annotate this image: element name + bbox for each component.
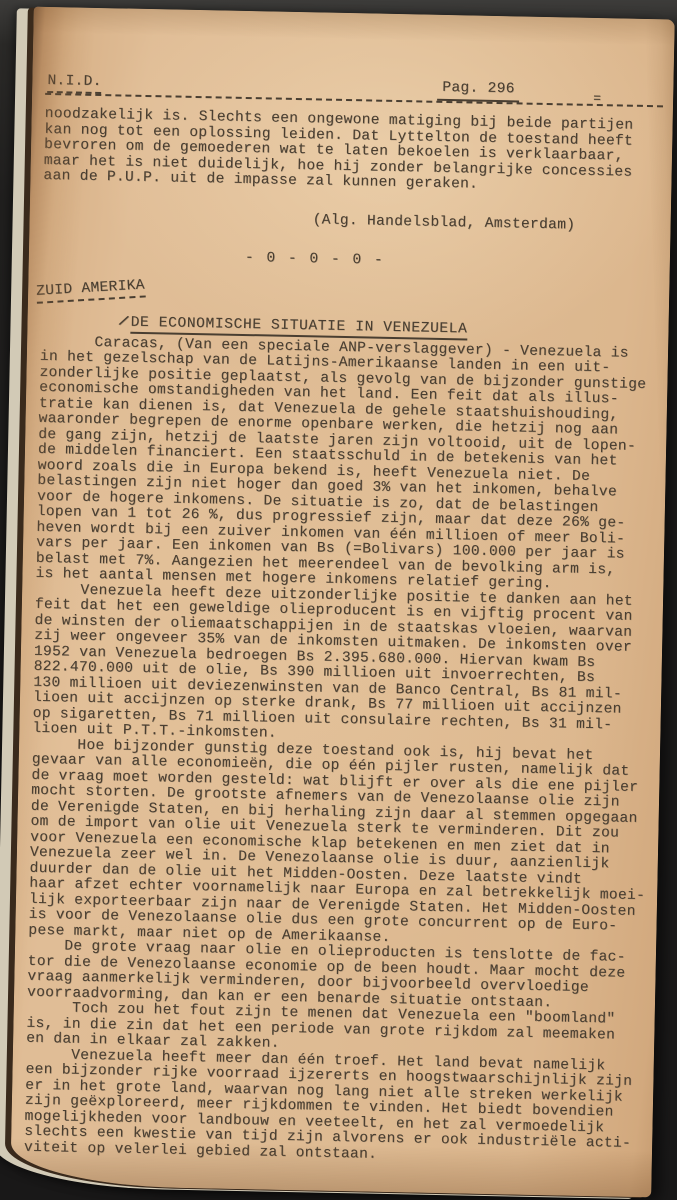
org-label: N.I.D. xyxy=(47,74,102,94)
paragraph-oil-revenues: Venezuela heeft deze uitzonderlijke posi… xyxy=(32,582,655,749)
tick-mark: / xyxy=(116,314,130,332)
paragraph-caracas-intro: Caracas, (Van een speciale ANP-verslagge… xyxy=(35,334,660,594)
paragraph-lyttelton-conclusion: noodzakelijk is. Slechts een ongewone ma… xyxy=(43,107,664,197)
paragraph-boomland-and-assets: Toch zou het fout zijn te menen dat Vene… xyxy=(24,1001,647,1168)
section-heading: ZUID AMERIKA xyxy=(36,278,146,303)
attribution: (Alg. Handelsblad, Amsterdam) xyxy=(312,213,662,236)
page-content: N.I.D. Pag. 296 = noodzakelijk is. Slech… xyxy=(10,7,675,1198)
page-header: N.I.D. Pag. 296 = xyxy=(45,73,665,111)
document-page: N.I.D. Pag. 296 = noodzakelijk is. Slech… xyxy=(10,7,675,1198)
page-number: Pag. 296 xyxy=(437,81,520,102)
header-dashed-rule xyxy=(45,93,663,107)
paragraph-one-pillar-risk: Hoe bijzonder gunstig deze toestand ook … xyxy=(28,737,652,951)
header-tail-mark: = xyxy=(593,91,601,107)
article-body: Caracas, (Van een speciale ANP-verslagge… xyxy=(24,334,660,1168)
